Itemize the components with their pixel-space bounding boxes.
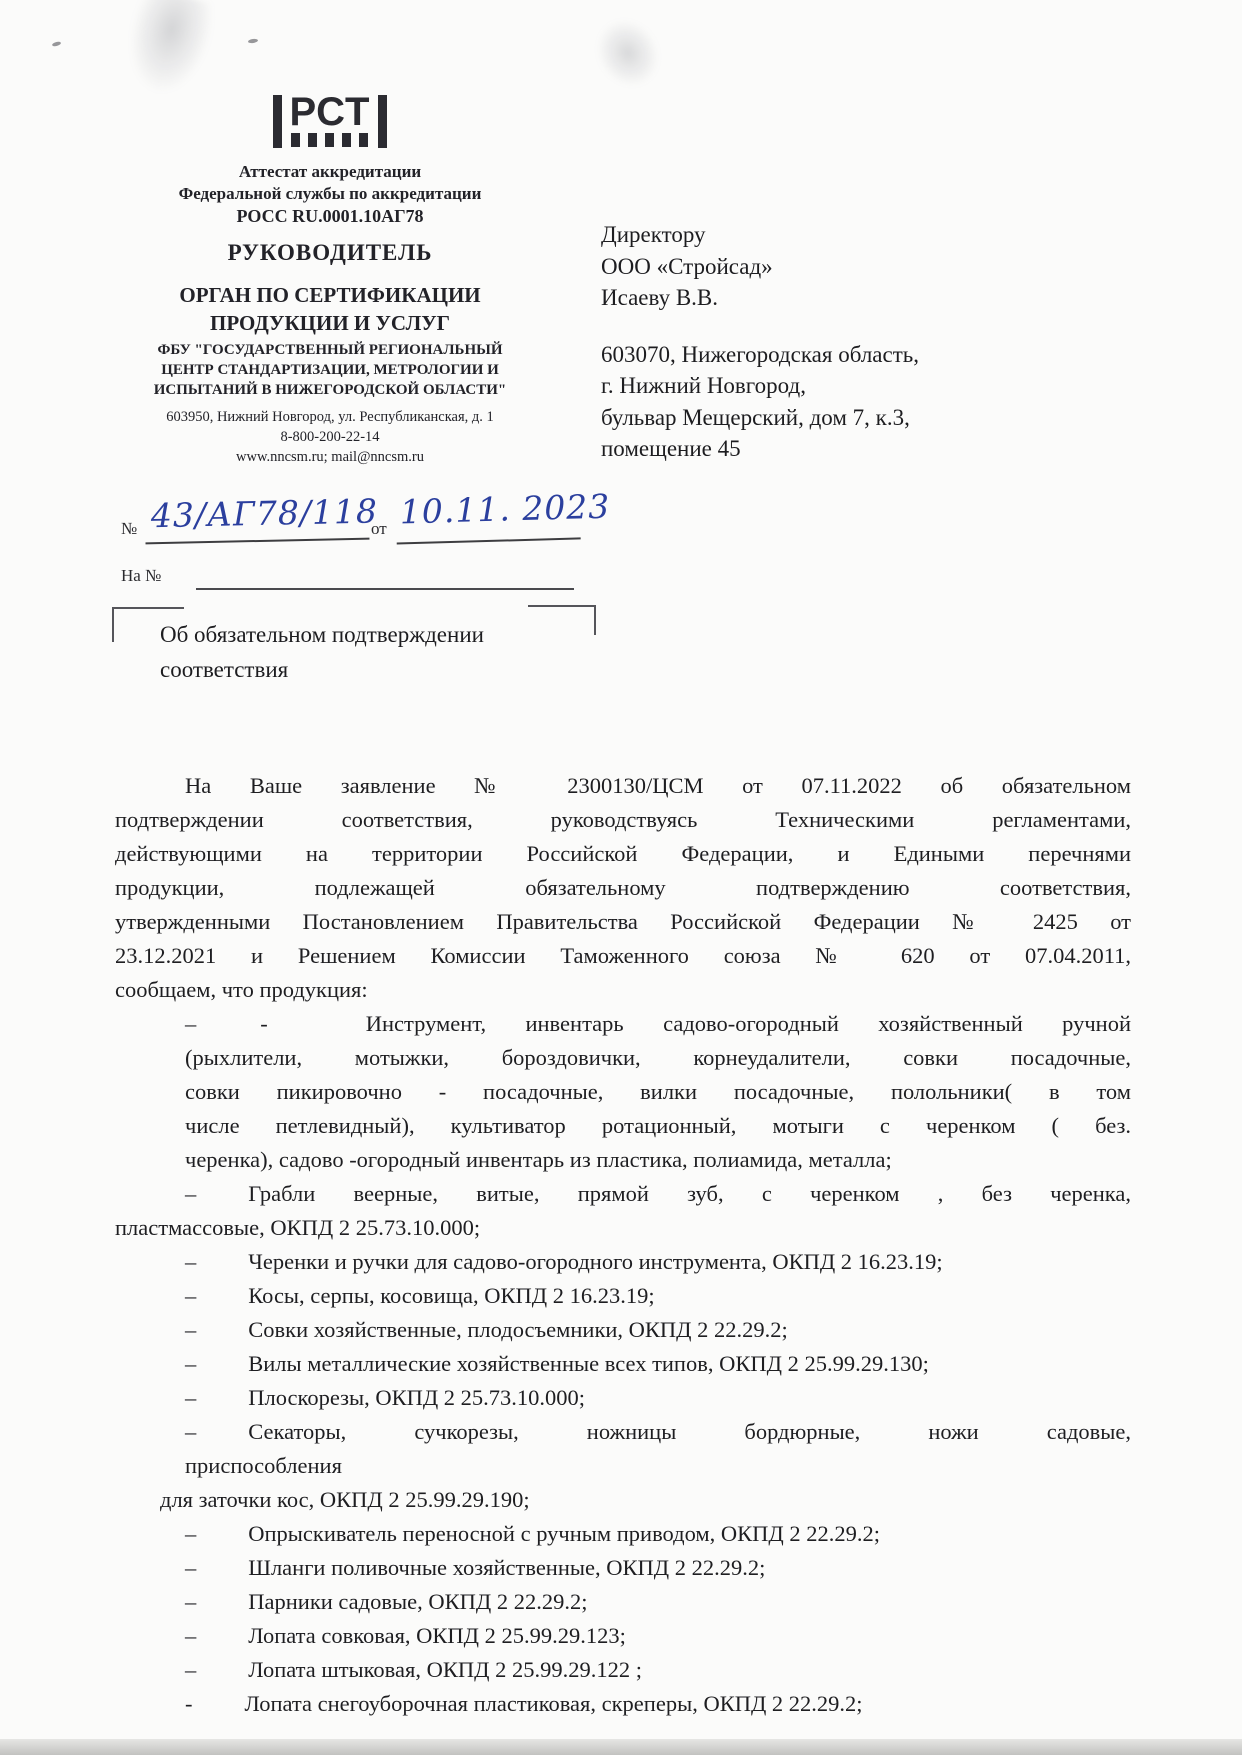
accreditation-line-1: Аттестат аккредитации <box>100 161 560 183</box>
list-spacer <box>193 1710 245 1711</box>
list-item: –Плоскорезы, ОКПД 2 25.73.10.000; <box>115 1381 1131 1415</box>
list-item-text: Опрыскиватель переносной с ручным привод… <box>248 1521 880 1546</box>
list-dash: – <box>185 1521 196 1546</box>
list-spacer <box>196 1404 248 1405</box>
handwritten-outgoing-number: 43/АГ78/118 <box>145 492 370 545</box>
list-dash: – <box>185 1317 196 1342</box>
list-dash: – <box>185 1181 196 1206</box>
head-title: РУКОВОДИТЕЛЬ <box>100 240 560 266</box>
list-item-text: Шланги поливочные хозяйственные, ОКПД 2 … <box>248 1555 765 1580</box>
list-item: –Косы, серпы, косовища, ОКПД 2 16.23.19; <box>115 1279 1131 1313</box>
logo-letters-block: РСТ <box>289 95 370 147</box>
list-dash: – <box>185 1623 196 1648</box>
org-web-email: www.nncsm.ru; mail@nncsm.ru <box>100 447 560 467</box>
paragraph-line: сообщаем, что продукция: <box>115 973 1131 1007</box>
list-item-text: Черенки и ручки для садово-огородного ин… <box>248 1249 942 1274</box>
list-item-text: Инструмент, инвентарь садово-огородный х… <box>366 1011 1131 1036</box>
scan-speck <box>52 41 62 47</box>
list-spacer <box>196 1030 260 1031</box>
recipient-position: Директору <box>601 219 919 251</box>
list-item-text: Совки хозяйственные, плодосъемники, ОКПД… <box>248 1317 788 1342</box>
subject-line-1: Об обязательном подтверждении <box>160 617 484 652</box>
list-spacer <box>196 1302 248 1303</box>
org-postal-address: 603950, Нижний Новгород, ул. Республикан… <box>100 407 560 427</box>
list-dash: – <box>185 1351 196 1376</box>
accreditation-line-2: Федеральной службы по аккредитации <box>100 183 560 205</box>
list-spacer <box>196 1200 248 1201</box>
list-spacer <box>196 1608 248 1609</box>
logo-right-bar-icon <box>378 95 387 148</box>
outgoing-number-label: № <box>121 519 137 539</box>
logo-left-bar-icon <box>273 95 282 148</box>
list-item: –Совки хозяйственные, плодосъемники, ОКП… <box>115 1313 1131 1347</box>
logo-dashes-icon <box>291 133 368 147</box>
list-item-continuation: приспособления <box>115 1449 1131 1483</box>
list-item: -Лопата снегоуборочная пластиковая, скре… <box>115 1687 1131 1721</box>
list-spacer <box>196 1370 248 1371</box>
recipient-address-line-4: помещение 45 <box>601 433 919 465</box>
list-dash: – <box>185 1385 196 1410</box>
list-item-continuation: для заточки кос, ОКПД 2 25.99.29.190; <box>115 1483 1131 1517</box>
recipient-company: ООО «Стройсад» <box>601 251 919 283</box>
list-item-text: Парники садовые, ОКПД 2 22.29.2; <box>248 1589 587 1614</box>
scan-smudge <box>584 7 672 98</box>
list-spacer <box>196 1438 248 1439</box>
list-item-continuation: пластмассовые, ОКПД 2 25.73.10.000; <box>115 1211 1131 1245</box>
recipient-gap <box>601 314 919 339</box>
list-dash: – <box>185 1589 196 1614</box>
recipient-address-line-3: бульвар Мещерский, дом 7, к.3, <box>601 402 919 434</box>
list-item: –Лопата штыковая, ОКПД 2 25.99.29.122 ; <box>115 1653 1131 1687</box>
recipient-address-line-2: г. Нижний Новгород, <box>601 370 919 402</box>
list-dash: – <box>185 1657 196 1682</box>
list-spacer <box>268 1030 366 1031</box>
paragraph-line: подтверждении соответствия, руководствуя… <box>115 803 1131 837</box>
paragraph-line: утвержденными Постановлением Правительст… <box>115 905 1131 939</box>
list-item: –Шланги поливочные хозяйственные, ОКПД 2… <box>115 1551 1131 1585</box>
date-label: от <box>371 519 387 539</box>
letterhead: РСТ Аттестат аккредитации Федеральной сл… <box>100 95 560 467</box>
list-dash: – <box>185 1555 196 1580</box>
scan-smudge <box>117 0 219 102</box>
list-item: –Лопата совковая, ОКПД 2 25.99.29.123; <box>115 1619 1131 1653</box>
list-item: –Черенки и ручки для садово-огородного и… <box>115 1245 1131 1279</box>
list-item-text: Грабли веерные, витые, прямой зуб, с чер… <box>248 1181 1131 1206</box>
reply-to-number-label: На № <box>121 566 161 586</box>
list-item-continuation: числе петлевидный), культиватор ротацион… <box>115 1109 1131 1143</box>
paragraph-line: продукции, подлежащей обязательному подт… <box>115 871 1131 905</box>
list-item-text: Вилы металлические хозяйственные всех ти… <box>248 1351 929 1376</box>
list-dash: – <box>185 1419 196 1444</box>
list-spacer <box>196 1540 248 1541</box>
list-item-continuation: совки пикировочно - посадочные, вилки по… <box>115 1075 1131 1109</box>
reply-to-number-blank-line <box>196 566 574 590</box>
list-dash: – <box>185 1249 196 1274</box>
list-dash: – <box>185 1283 196 1308</box>
subject-corner-bracket-right <box>528 605 596 635</box>
list-spacer <box>196 1574 248 1575</box>
list-item-text: Лопата снегоуборочная пластиковая, скреп… <box>245 1691 863 1716</box>
org-phone: 8-800-200-22-14 <box>100 427 560 447</box>
list-item: –Секаторы, сучкорезы, ножницы бордюрные,… <box>115 1415 1131 1449</box>
list-item-text: Плоскорезы, ОКПД 2 25.73.10.000; <box>248 1385 585 1410</box>
subject-block: Об обязательном подтверждении соответств… <box>160 617 484 687</box>
letter-body: На Ваше заявление № 2300130/ЦСМ от 07.11… <box>115 769 1131 1721</box>
paragraph-line: 23.12.2021 и Решением Комиссии Таможенно… <box>115 939 1131 973</box>
list-spacer <box>196 1676 248 1677</box>
org-name-line-2: ПРОДУКЦИИ И УСЛУГ <box>100 309 560 337</box>
list-dash: – <box>185 1011 196 1036</box>
org-subname-line-3: ИСПЫТАНИЙ В НИЖЕГОРОДСКОЙ ОБЛАСТИ" <box>100 380 560 400</box>
paragraph-line: действующими на территории Российской Фе… <box>115 837 1131 871</box>
list-item: –-Инструмент, инвентарь садово-огородный… <box>115 1007 1131 1041</box>
recipient-block: Директору ООО «Стройсад» Исаеву В.В. 603… <box>601 219 919 465</box>
list-item-text: Косы, серпы, косовища, ОКПД 2 16.23.19; <box>248 1283 654 1308</box>
list-spacer <box>196 1336 248 1337</box>
recipient-address-line-1: 603070, Нижегородская область, <box>601 339 919 371</box>
recipient-person: Исаеву В.В. <box>601 282 919 314</box>
rst-certification-logo: РСТ <box>100 95 560 155</box>
list-dash-secondary: - <box>260 1011 268 1036</box>
list-item: –Опрыскиватель переносной с ручным приво… <box>115 1517 1131 1551</box>
list-dash-secondary: - <box>185 1691 193 1716</box>
list-item: –Вилы металлические хозяйственные всех т… <box>115 1347 1131 1381</box>
paragraph-line: На Ваше заявление № 2300130/ЦСМ от 07.11… <box>115 769 1131 803</box>
list-item: –Грабли веерные, витые, прямой зуб, с че… <box>115 1177 1131 1211</box>
list-item-text: Секаторы, сучкорезы, ножницы бордюрные, … <box>248 1419 1131 1444</box>
org-subname-line-2: ЦЕНТР СТАНДАРТИЗАЦИИ, МЕТРОЛОГИИ И <box>100 360 560 380</box>
list-item: –Парники садовые, ОКПД 2 22.29.2; <box>115 1585 1131 1619</box>
list-item-text: Лопата штыковая, ОКПД 2 25.99.29.122 ; <box>248 1657 642 1682</box>
list-spacer <box>196 1268 248 1269</box>
accreditation-number: РОСС RU.0001.10АГ78 <box>100 205 560 227</box>
org-name-line-1: ОРГАН ПО СЕРТИФИКАЦИИ <box>100 281 560 309</box>
handwritten-date: 10.11. 2023 <box>395 487 580 544</box>
logo-letters: РСТ <box>289 95 370 129</box>
list-spacer <box>196 1642 248 1643</box>
list-item-text: Лопата совковая, ОКПД 2 25.99.29.123; <box>248 1623 626 1648</box>
subject-line-2: соответствия <box>160 652 484 687</box>
scan-speck <box>248 38 258 43</box>
org-subname-line-1: ФБУ "ГОСУДАРСТВЕННЫЙ РЕГИОНАЛЬНЫЙ <box>100 340 560 360</box>
list-item-continuation: (рыхлители, мотыжки, бороздовички, корне… <box>115 1041 1131 1075</box>
scan-bottom-edge <box>0 1739 1242 1755</box>
scanned-letter-page: РСТ Аттестат аккредитации Федеральной сл… <box>0 0 1242 1755</box>
list-item-continuation: черенка), садово -огородный инвентарь из… <box>115 1143 1131 1177</box>
